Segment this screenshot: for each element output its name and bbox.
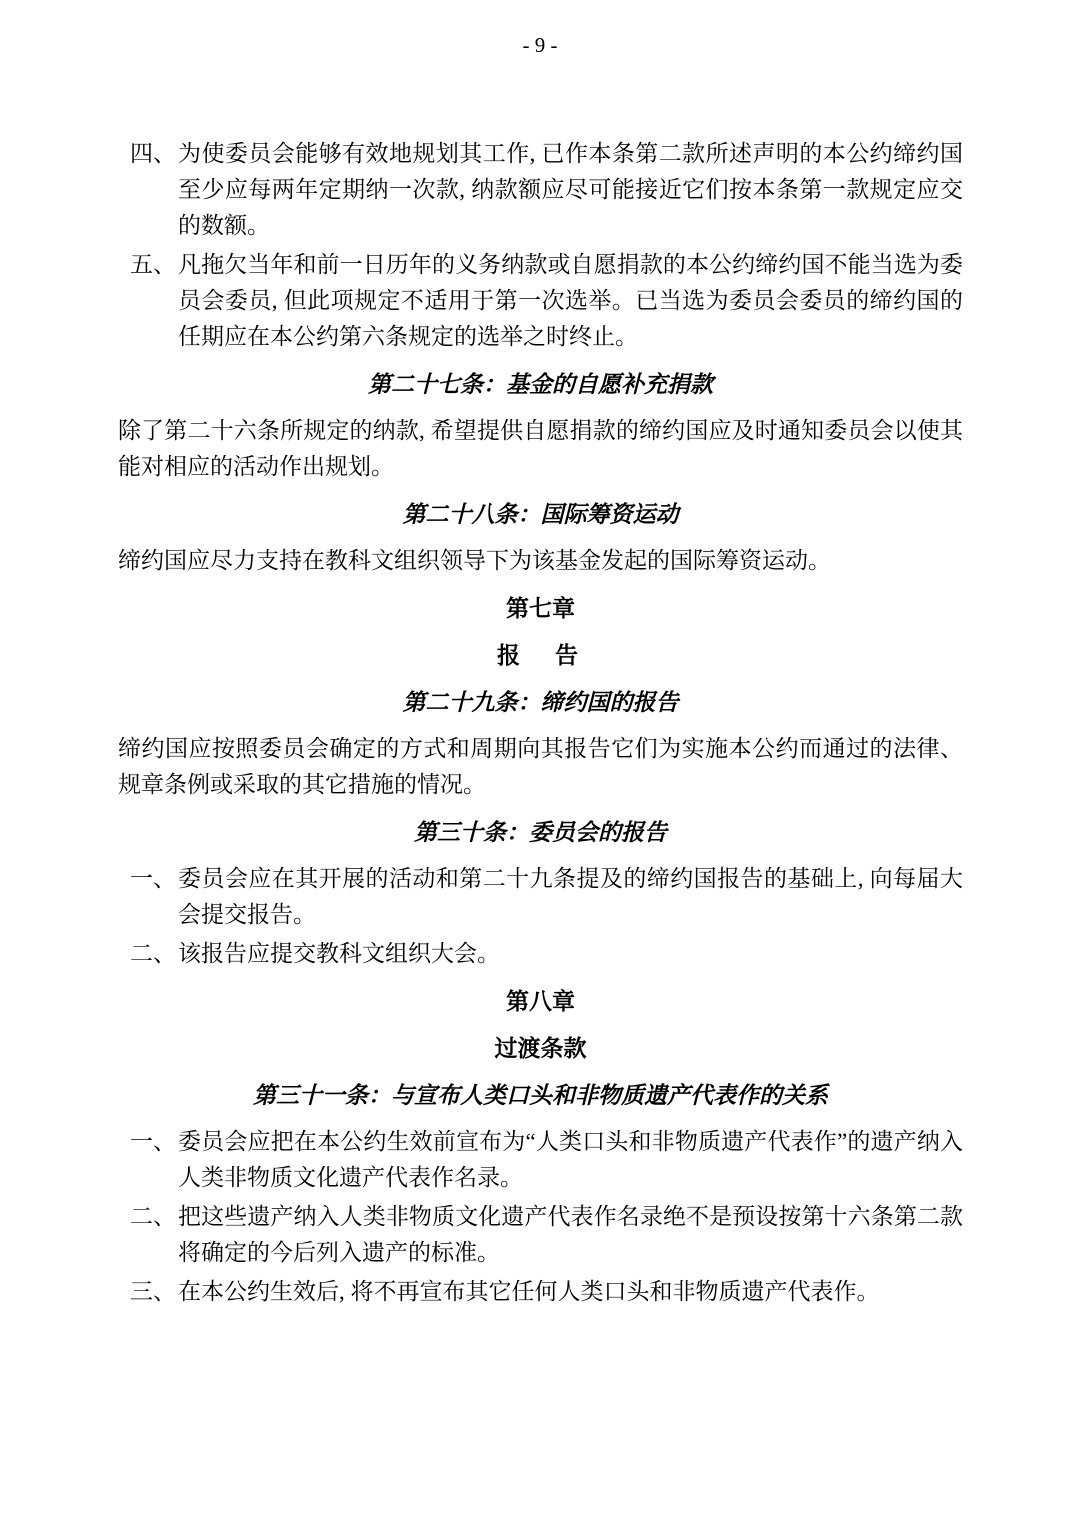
chapter-8-subtitle: 过渡条款 xyxy=(118,1030,963,1066)
article-31-item-1-marker: 一、 xyxy=(130,1124,176,1160)
list-item-4-text: 为使委员会能够有效地规划其工作, 已作本条第二款所述声明的本公约缔约国至少应每两… xyxy=(178,141,963,238)
list-item-4: 四、 为使委员会能够有效地规划其工作, 已作本条第二款所述声明的本公约缔约国至少… xyxy=(118,136,963,244)
article-31-item-3-marker: 三、 xyxy=(130,1274,176,1310)
article-28-heading: 第二十八条：国际筹资运动 xyxy=(118,496,963,532)
article-30-item-1-text: 委员会应在其开展的活动和第二十九条提及的缔约国报告的基础上, 向每届大会提交报告… xyxy=(178,866,963,927)
list-item-5: 五、 凡拖欠当年和前一日历年的义务纳款或自愿捐款的本公约缔约国不能当选为委员会委… xyxy=(118,247,963,355)
list-item-5-text: 凡拖欠当年和前一日历年的义务纳款或自愿捐款的本公约缔约国不能当选为委员会委员, … xyxy=(178,252,963,349)
article-28-paragraph: 缔约国应尽力支持在教科文组织领导下为该基金发起的国际筹资运动。 xyxy=(118,543,963,579)
article-30-item-2: 二、 该报告应提交教科文组织大会。 xyxy=(118,936,963,972)
chapter-7-heading: 第七章 xyxy=(118,590,963,626)
article-29-heading: 第二十九条：缔约国的报告 xyxy=(118,684,963,720)
article-30-item-1: 一、 委员会应在其开展的活动和第二十九条提及的缔约国报告的基础上, 向每届大会提… xyxy=(118,861,963,933)
document-page: - 9 - 四、 为使委员会能够有效地规划其工作, 已作本条第二款所述声明的本公… xyxy=(0,0,1080,1529)
article-31-item-1-text: 委员会应把在本公约生效前宣布为“人类口头和非物质遗产代表作”的遗产纳入人类非物质… xyxy=(178,1129,963,1190)
article-30-heading: 第三十条：委员会的报告 xyxy=(118,814,963,850)
chapter-7-subtitle: 报 告 xyxy=(118,637,963,673)
chapter-8-heading: 第八章 xyxy=(118,983,963,1019)
page-number: - 9 - xyxy=(0,0,1080,59)
article-30-item-1-marker: 一、 xyxy=(130,861,176,897)
article-31-heading: 第三十一条：与宣布人类口头和非物质遗产代表作的关系 xyxy=(118,1077,963,1113)
list-item-4-marker: 四、 xyxy=(130,136,176,172)
article-31-item-2: 二、 把这些遗产纳入人类非物质文化遗产代表作名录绝不是预设按第十六条第二款将确定… xyxy=(118,1199,963,1271)
list-item-5-marker: 五、 xyxy=(130,247,176,283)
article-30-item-2-text: 该报告应提交教科文组织大会。 xyxy=(178,941,500,966)
article-27-heading: 第二十七条：基金的自愿补充捐款 xyxy=(118,366,963,402)
article-31-item-2-marker: 二、 xyxy=(130,1199,176,1235)
article-29-paragraph: 缔约国应按照委员会确定的方式和周期向其报告它们为实施本公约而通过的法律、规章条例… xyxy=(118,731,963,803)
page-content: 四、 为使委员会能够有效地规划其工作, 已作本条第二款所述声明的本公约缔约国至少… xyxy=(0,59,1080,1310)
article-31-item-3: 三、 在本公约生效后, 将不再宣布其它任何人类口头和非物质遗产代表作。 xyxy=(118,1274,963,1310)
article-31-item-3-text: 在本公约生效后, 将不再宣布其它任何人类口头和非物质遗产代表作。 xyxy=(178,1279,880,1304)
article-30-item-2-marker: 二、 xyxy=(130,936,176,972)
article-31-item-1: 一、 委员会应把在本公约生效前宣布为“人类口头和非物质遗产代表作”的遗产纳入人类… xyxy=(118,1124,963,1196)
article-31-item-2-text: 把这些遗产纳入人类非物质文化遗产代表作名录绝不是预设按第十六条第二款将确定的今后… xyxy=(178,1204,963,1265)
article-27-paragraph: 除了第二十六条所规定的纳款, 希望提供自愿捐款的缔约国应及时通知委员会以使其能对… xyxy=(118,413,963,485)
